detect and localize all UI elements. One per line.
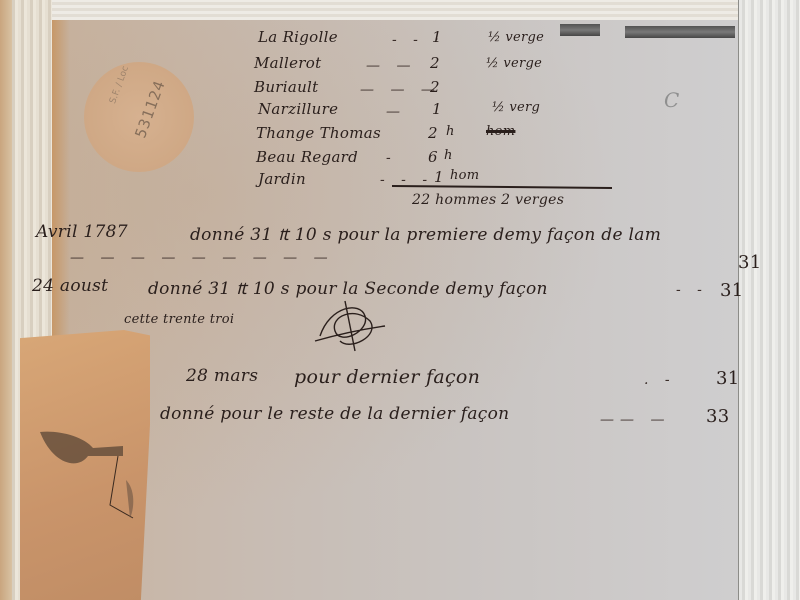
signature-flourish-icon: [310, 296, 390, 356]
sketch-drawing-icon: [38, 430, 138, 520]
frame-left-wood: [0, 0, 12, 600]
struck-text: hom: [486, 124, 515, 139]
frame-top-mat: [52, 0, 800, 20]
corner-mark: C: [664, 88, 679, 112]
frame-right-mat: [738, 0, 800, 600]
tape-strip: [560, 24, 600, 36]
total-line: 22 hommes 2 verges: [412, 192, 564, 208]
tape-strip: [625, 26, 735, 38]
